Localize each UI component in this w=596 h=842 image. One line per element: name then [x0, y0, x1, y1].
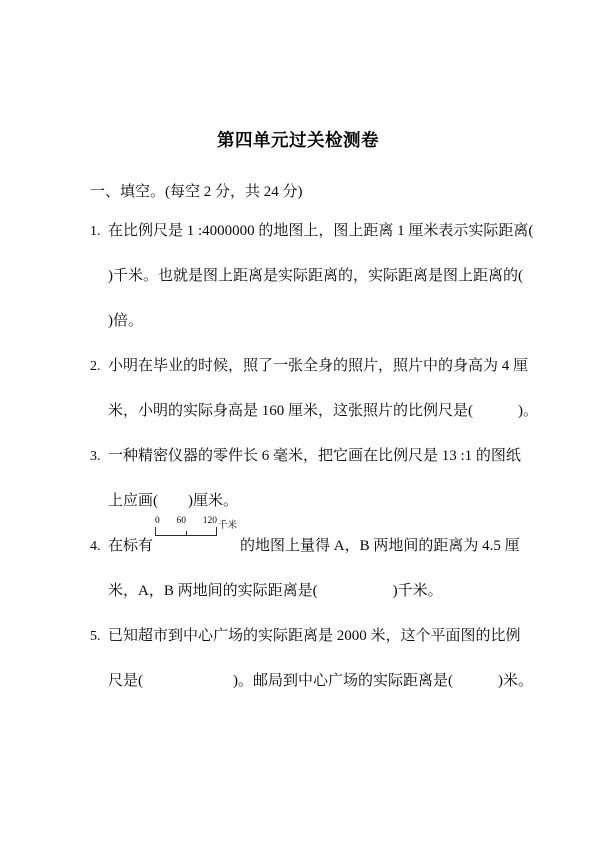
question-3-number: 3.: [90, 434, 108, 479]
question-4-line-1: 4.在标有060120千米的地图上量得 A，B 两地间的距离为 4.5 厘: [90, 524, 560, 569]
page-title: 第四单元过关检测卷: [0, 127, 596, 152]
question-4-text-prefix: 在标有: [108, 538, 153, 554]
question-4-text-suffix: 的地图上量得 A，B 两地间的距离为 4.5 厘: [240, 538, 520, 554]
question-2-line-2: 米，小明的实际身高是 160 厘米，这张照片的比例尺是( )。: [90, 389, 560, 434]
scale-bar-labels: 060120: [155, 516, 217, 526]
question-2-text: 小明在毕业的时候，照了一张全身的照片，照片中的身高为 4 厘: [108, 358, 528, 374]
section-heading: 一、填空。(每空 2 分，共 24 分): [90, 182, 303, 202]
scale-bar-line: [155, 527, 217, 536]
question-5-line-2: 尺是( )。邮局到中心广场的实际距离是( )米。: [90, 659, 560, 704]
question-2-line-1: 2.小明在毕业的时候，照了一张全身的照片，照片中的身高为 4 厘: [90, 344, 560, 389]
scale-label-60: 60: [177, 516, 187, 526]
scale-bar-unit: 千米: [218, 521, 237, 531]
scale-label-0: 0: [155, 516, 160, 526]
scale-bar-mid-tick: [186, 531, 187, 535]
question-1-line-2: )千米。也就是图上距离是实际距离的，实际距离是图上距离的(: [90, 254, 560, 299]
question-1-number: 1.: [90, 209, 108, 254]
question-1-line-1: 1.在比例尺是 1 :4000000 的地图上，图上距离 1 厘米表示实际距离(: [90, 209, 560, 254]
question-5-number: 5.: [90, 614, 108, 659]
question-5-text: 已知超市到中心广场的实际距离是 2000 米，这个平面图的比例: [108, 628, 521, 644]
test-paper-page: 第四单元过关检测卷 一、填空。(每空 2 分，共 24 分) 1.在比例尺是 1…: [0, 0, 596, 842]
question-3-line-1: 3.一种精密仪器的零件长 6 毫米，把它画在比例尺是 13 :1 的图纸: [90, 434, 560, 479]
map-scale-bar: 060120: [155, 516, 217, 536]
question-1-text: 在比例尺是 1 :4000000 的地图上，图上距离 1 厘米表示实际距离(: [108, 223, 533, 239]
question-4-number: 4.: [90, 524, 108, 569]
question-2-number: 2.: [90, 344, 108, 389]
question-4-line-2: 米，A，B 两地间的实际距离是( )千米。: [90, 569, 560, 614]
questions-list: 1.在比例尺是 1 :4000000 的地图上，图上距离 1 厘米表示实际距离(…: [90, 209, 560, 704]
question-5-line-1: 5.已知超市到中心广场的实际距离是 2000 米，这个平面图的比例: [90, 614, 560, 659]
question-1-line-3: )倍。: [90, 299, 560, 344]
question-3-text: 一种精密仪器的零件长 6 毫米，把它画在比例尺是 13 :1 的图纸: [108, 448, 521, 464]
scale-label-120: 120: [203, 516, 217, 526]
